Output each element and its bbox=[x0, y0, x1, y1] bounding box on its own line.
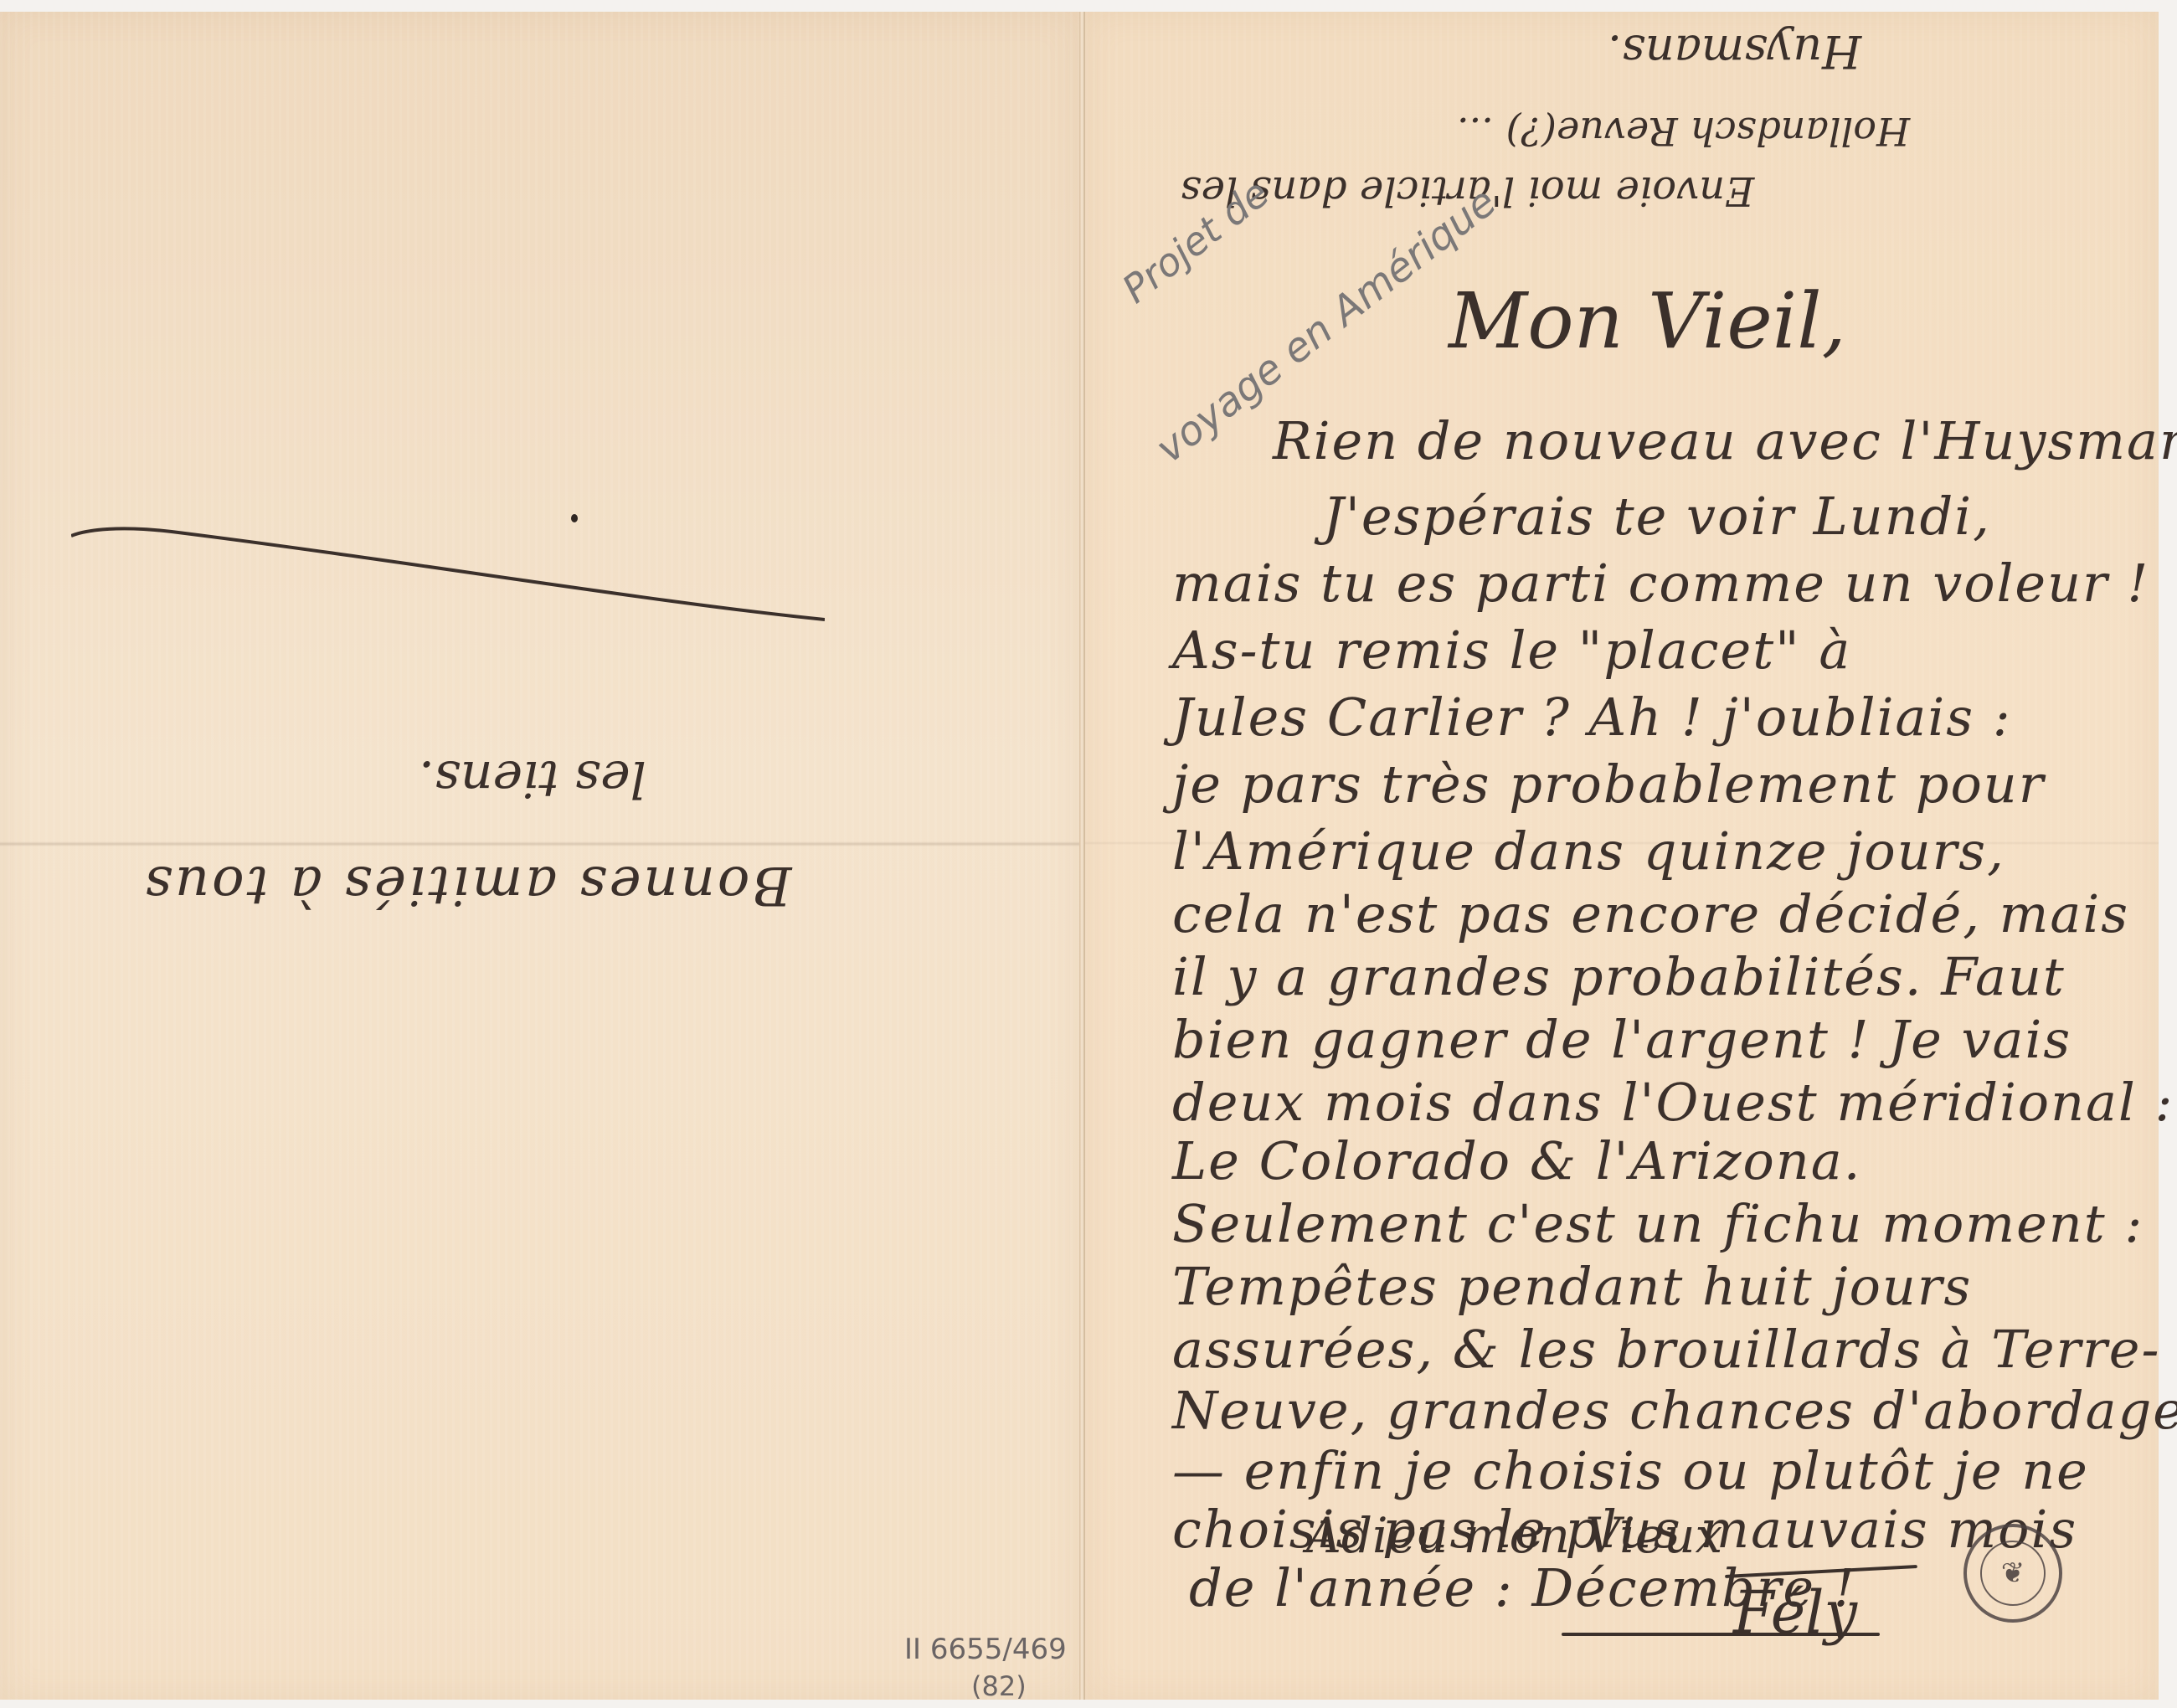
body-line-12: Le Colorado & l'Arizona. bbox=[1172, 1130, 1861, 1191]
body-line-2: J'espérais te voir Lundi, bbox=[1323, 486, 1991, 547]
body-line-3: mais tu es parti comme un voleur ! bbox=[1172, 553, 2149, 614]
top-note-line3: Huysmans. bbox=[1608, 25, 1861, 78]
body-line-17: — enfin je choisis ou plutôt je ne bbox=[1172, 1440, 2089, 1501]
call-number-sub: (82) bbox=[971, 1670, 1027, 1702]
horizontal-fold-left bbox=[0, 841, 1080, 846]
call-number: II 6655/469 bbox=[904, 1633, 1067, 1666]
body-line-16: Neuve, grandes chances d'abordages bbox=[1172, 1380, 2177, 1441]
signature-underline bbox=[1562, 1633, 1880, 1636]
body-line-14: Tempêtes pendant huit jours bbox=[1172, 1256, 1972, 1317]
body-line-10: bien gagner de l'argent ! Je vais bbox=[1172, 1009, 2071, 1070]
body-line-4: As-tu remis le "placet" à bbox=[1172, 620, 1851, 681]
body-line-9: il y a grandes probabilités. Faut bbox=[1172, 946, 2066, 1007]
left-page-flourish bbox=[71, 519, 825, 636]
top-note-line2: Hollandsch Revue(?) ... bbox=[1457, 109, 1910, 154]
body-line-15: assurées, & les brouillards à Terre- bbox=[1172, 1319, 2160, 1380]
body-line-6: je pars très probablement pour bbox=[1172, 754, 2045, 815]
page-gutter bbox=[1079, 12, 1085, 1700]
library-stamp: BIBLIOTHÈQUE ROYALE DE BELGIQUE ❦ bbox=[1963, 1524, 2062, 1623]
left-closing-line2: les tiens. bbox=[419, 749, 646, 808]
left-closing-line1: Bonnes amitiés à tous bbox=[142, 854, 791, 916]
body-line-13: Seulement c'est un fichu moment : bbox=[1172, 1193, 2144, 1254]
flourish-stroke-icon bbox=[71, 519, 825, 636]
body-line-8: cela n'est pas encore décidé, mais bbox=[1172, 883, 2129, 944]
body-line-11: deux mois dans l'Ouest méridional : bbox=[1172, 1072, 2174, 1133]
lion-emblem-icon: ❦ bbox=[1980, 1541, 2046, 1606]
closing: Adieu mon Vieux bbox=[1306, 1507, 1722, 1564]
salutation: Mon Vieil, bbox=[1449, 276, 1846, 366]
body-line-7: l'Amérique dans quinze jours, bbox=[1172, 821, 2005, 882]
signature: Fély bbox=[1733, 1578, 1857, 1647]
body-line-5: Jules Carlier ? Ah ! j'oubliais : bbox=[1172, 687, 2012, 748]
body-line-1: Rien de nouveau avec l'Huysmans bbox=[1273, 410, 2177, 471]
